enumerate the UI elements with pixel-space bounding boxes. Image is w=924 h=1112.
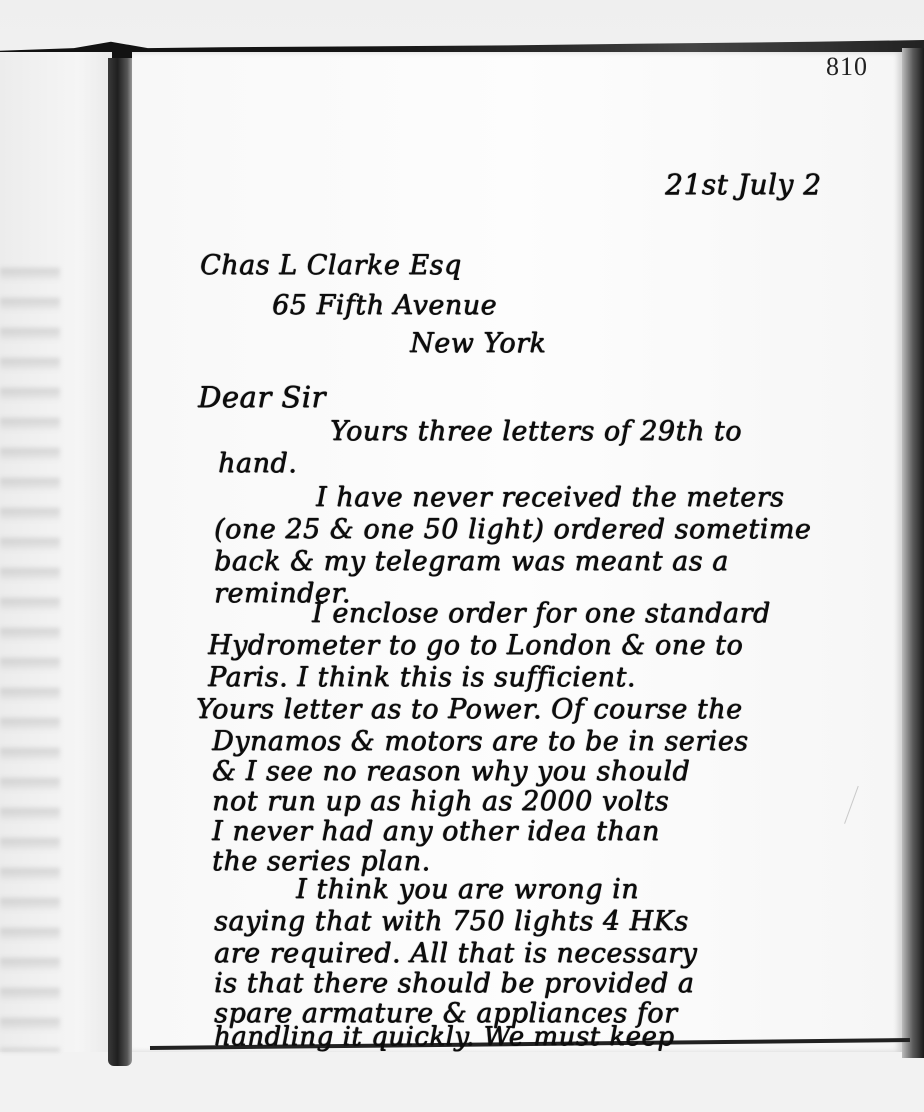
scanned-letterbook-spread: 810 21st July 2 Chas L Clarke Esq 65 Fif… xyxy=(0,0,924,1112)
body-line: Yours three letters of 29th to xyxy=(330,416,742,447)
body-line: I never had any other idea than xyxy=(212,816,660,847)
body-line: & I see no reason why you should xyxy=(212,756,690,787)
body-line: saying that with 750 lights 4 HKs xyxy=(214,906,689,937)
letter-date: 21st July 2 xyxy=(665,168,821,201)
body-line: Dynamos & motors are to be in series xyxy=(212,726,749,757)
body-line: Hydrometer to go to London & one to xyxy=(208,630,743,661)
left-page xyxy=(0,52,112,1052)
body-line: the series plan. xyxy=(212,846,431,877)
body-line: Yours letter as to Power. Of course the xyxy=(196,694,743,725)
recipient-name: Chas L Clarke Esq xyxy=(200,250,462,281)
body-line: is that there should be provided a xyxy=(214,968,694,999)
body-line: hand. xyxy=(218,448,297,479)
bleed-through-handwriting xyxy=(0,252,60,1052)
salutation: Dear Sir xyxy=(198,380,326,414)
page-number: 810 xyxy=(826,52,868,82)
body-line: are required. All that is necessary xyxy=(214,938,697,969)
book-right-edge xyxy=(902,48,924,1058)
body-line: (one 25 & one 50 light) ordered sometime xyxy=(214,514,811,545)
body-line: not run up as high as 2000 volts xyxy=(212,786,669,817)
body-line: handling it quickly. We must keep xyxy=(214,1022,674,1052)
recipient-address: 65 Fifth Avenue xyxy=(272,290,497,321)
body-line: I think you are wrong in xyxy=(296,874,639,905)
book-gutter xyxy=(108,58,132,1066)
body-line: I have never received the meters xyxy=(316,482,784,513)
body-line: back & my telegram was meant as a xyxy=(214,546,729,577)
recipient-city: New York xyxy=(410,328,546,359)
body-line: I enclose order for one standard xyxy=(312,598,771,629)
body-line: Paris. I think this is sufficient. xyxy=(208,662,636,693)
